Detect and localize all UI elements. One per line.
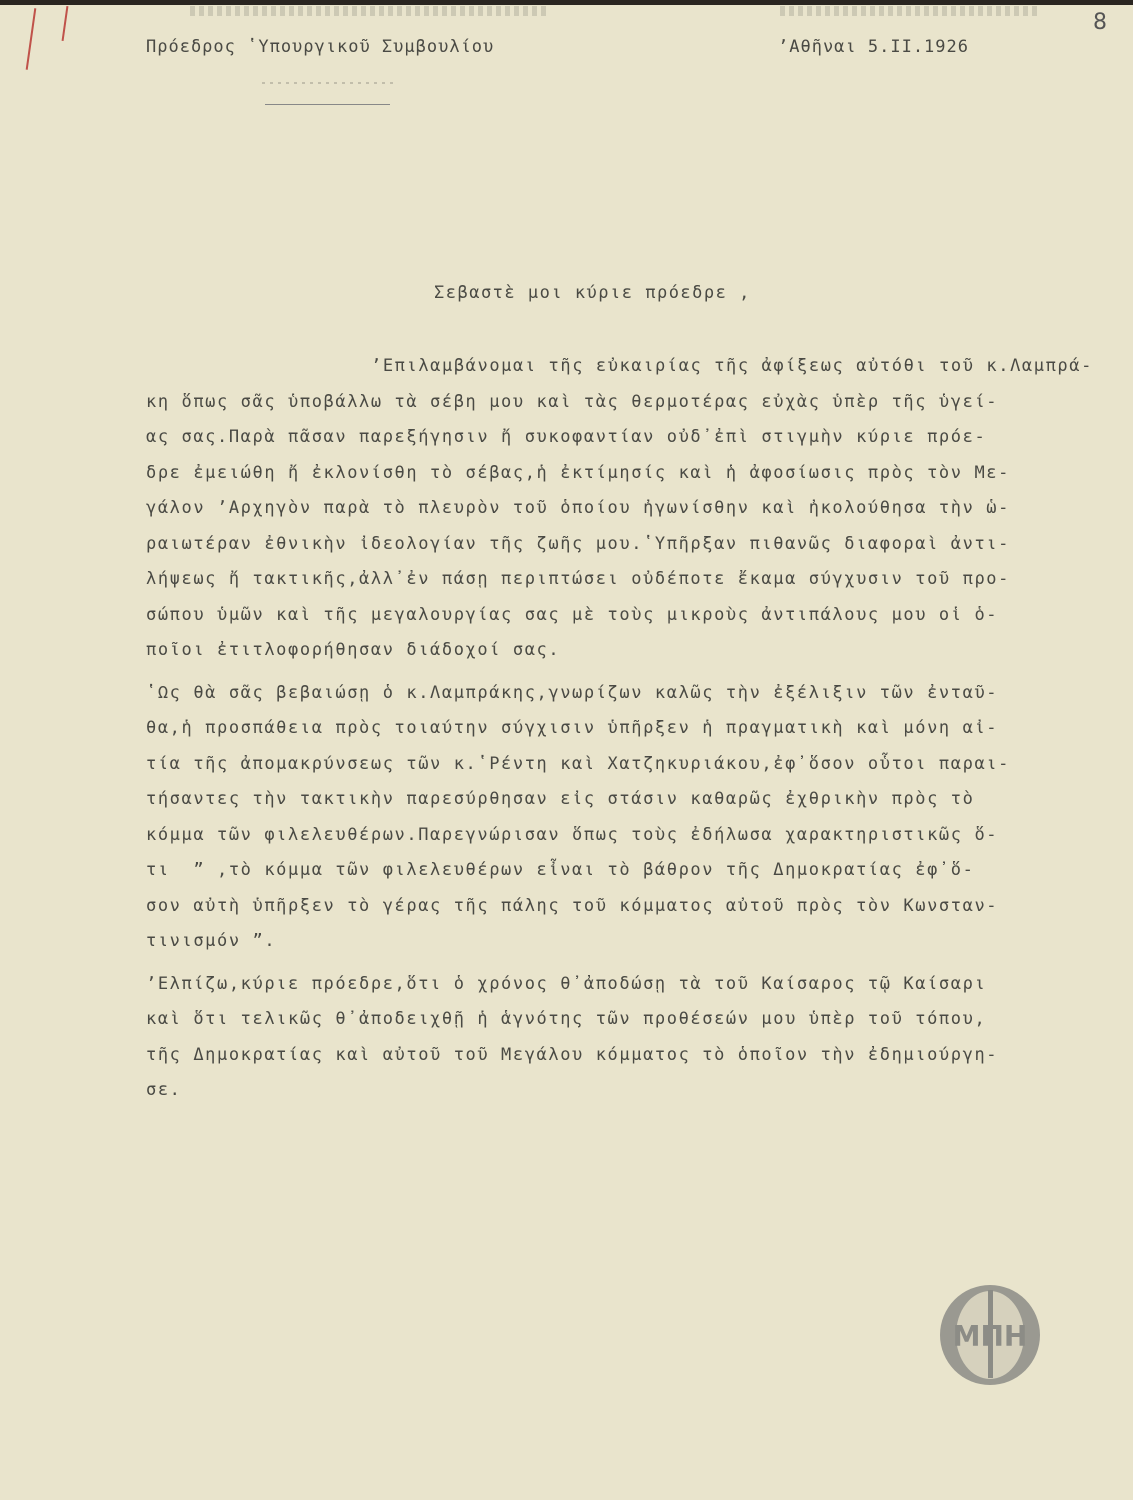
text-line: σώπου ὑμῶν καὶ τῆς μεγαλουργίας σας μὲ τ…	[146, 598, 1086, 634]
text-line: τῆς Δημοκρατίας καὶ αὐτοῦ τοῦ Μεγάλου κό…	[146, 1038, 1086, 1074]
text-line: γάλον ʼΑρχηγὸν παρὰ τὸ πλευρὸν τοῦ ὁποίο…	[146, 491, 1086, 527]
text-line: σον αὐτὴ ὑπῆρξεν τὸ γέρας τῆς πάλης τοῦ …	[146, 889, 1086, 925]
text-line: τινισμόν ”.	[146, 924, 1086, 960]
text-line: τήσαντες τὴν τακτικὴν παρεσύρθησαν εἰς σ…	[146, 782, 1086, 818]
text-line: δρε ἐμειώθη ἤ ἐκλονίσθη τὸ σέβας,ἡ ἐκτίμ…	[146, 456, 1086, 492]
salutation: Σεβαστὲ μοι κύριε πρόεδρε ,	[434, 283, 751, 303]
text-line: ʽΩς θὰ σᾶς βεβαιώσῃ ὁ κ.Λαμπράκης,γνωρίζ…	[146, 676, 1086, 712]
bleed-through-text	[780, 6, 1040, 16]
text-line: κόμμα τῶν φιλελευθέρων.Παρεγνώρισαν ὅπως…	[146, 818, 1086, 854]
red-margin-mark	[62, 6, 69, 41]
text-line: ποῖοι ἐτιτλοφορήθησαν διάδοχοί σας.	[146, 633, 1086, 669]
text-line: τι ” ,τὸ κόμμα τῶν φιλελευθέρων εἶναι τὸ…	[146, 853, 1086, 889]
bleed-through-text	[190, 6, 550, 16]
letter-body: ʼΕπιλαμβάνομαι τῆς εὐκαιρίας τῆς ἀφίξεως…	[146, 349, 1086, 1109]
text-line: κη ὅπως σᾶς ὑποβάλλω τὰ σέβη μου καὶ τὰς…	[146, 385, 1086, 421]
scan-top-edge	[0, 0, 1133, 5]
text-line: ʼΕπιλαμβάνομαι τῆς εὐκαιρίας τῆς ἀφίξεως…	[146, 349, 1086, 385]
red-margin-mark	[26, 8, 37, 70]
svg-text:ΜΠΗ: ΜΠΗ	[953, 1320, 1028, 1353]
page-number: 8	[1093, 10, 1107, 35]
header-rule	[265, 104, 390, 105]
archive-seal-icon: ΜΠΗ	[935, 1280, 1045, 1390]
faint-dotted-line	[262, 82, 397, 84]
text-line: θα,ἡ προσπάθεια πρὸς τοιαύτην σύγχισιν ὑ…	[146, 711, 1086, 747]
text-line: καὶ ὅτι τελικῶς θ᾽ἀποδειχθῇ ἡ ἁγνότης τῶ…	[146, 1002, 1086, 1038]
text-line: τία τῆς ἀπομακρύνσεως τῶν κ.ʽΡέντη καὶ Χ…	[146, 747, 1086, 783]
text-line: ας σας.Παρὰ πᾶσαν παρεξήγησιν ἤ συκοφαντ…	[146, 420, 1086, 456]
text-line: σε.	[146, 1073, 1086, 1109]
sender-title: Πρόεδρος ʽΥπουργικοῦ Συμβουλίου	[146, 37, 494, 57]
text-line: ʼΕλπίζω,κύριε πρόεδρε,ὅτι ὁ χρόνος θ᾽ἀπο…	[146, 967, 1086, 1003]
text-line: λήψεως ἤ τακτικῆς,ἀλλ᾽ἐν πάσῃ περιπτώσει…	[146, 562, 1086, 598]
place-date: ʼΑθῆναι 5.ΙΙ.1926	[778, 37, 969, 57]
text-line: ραιωτέραν ἐθνικὴν ἰδεολογίαν τῆς ζωῆς μο…	[146, 527, 1086, 563]
